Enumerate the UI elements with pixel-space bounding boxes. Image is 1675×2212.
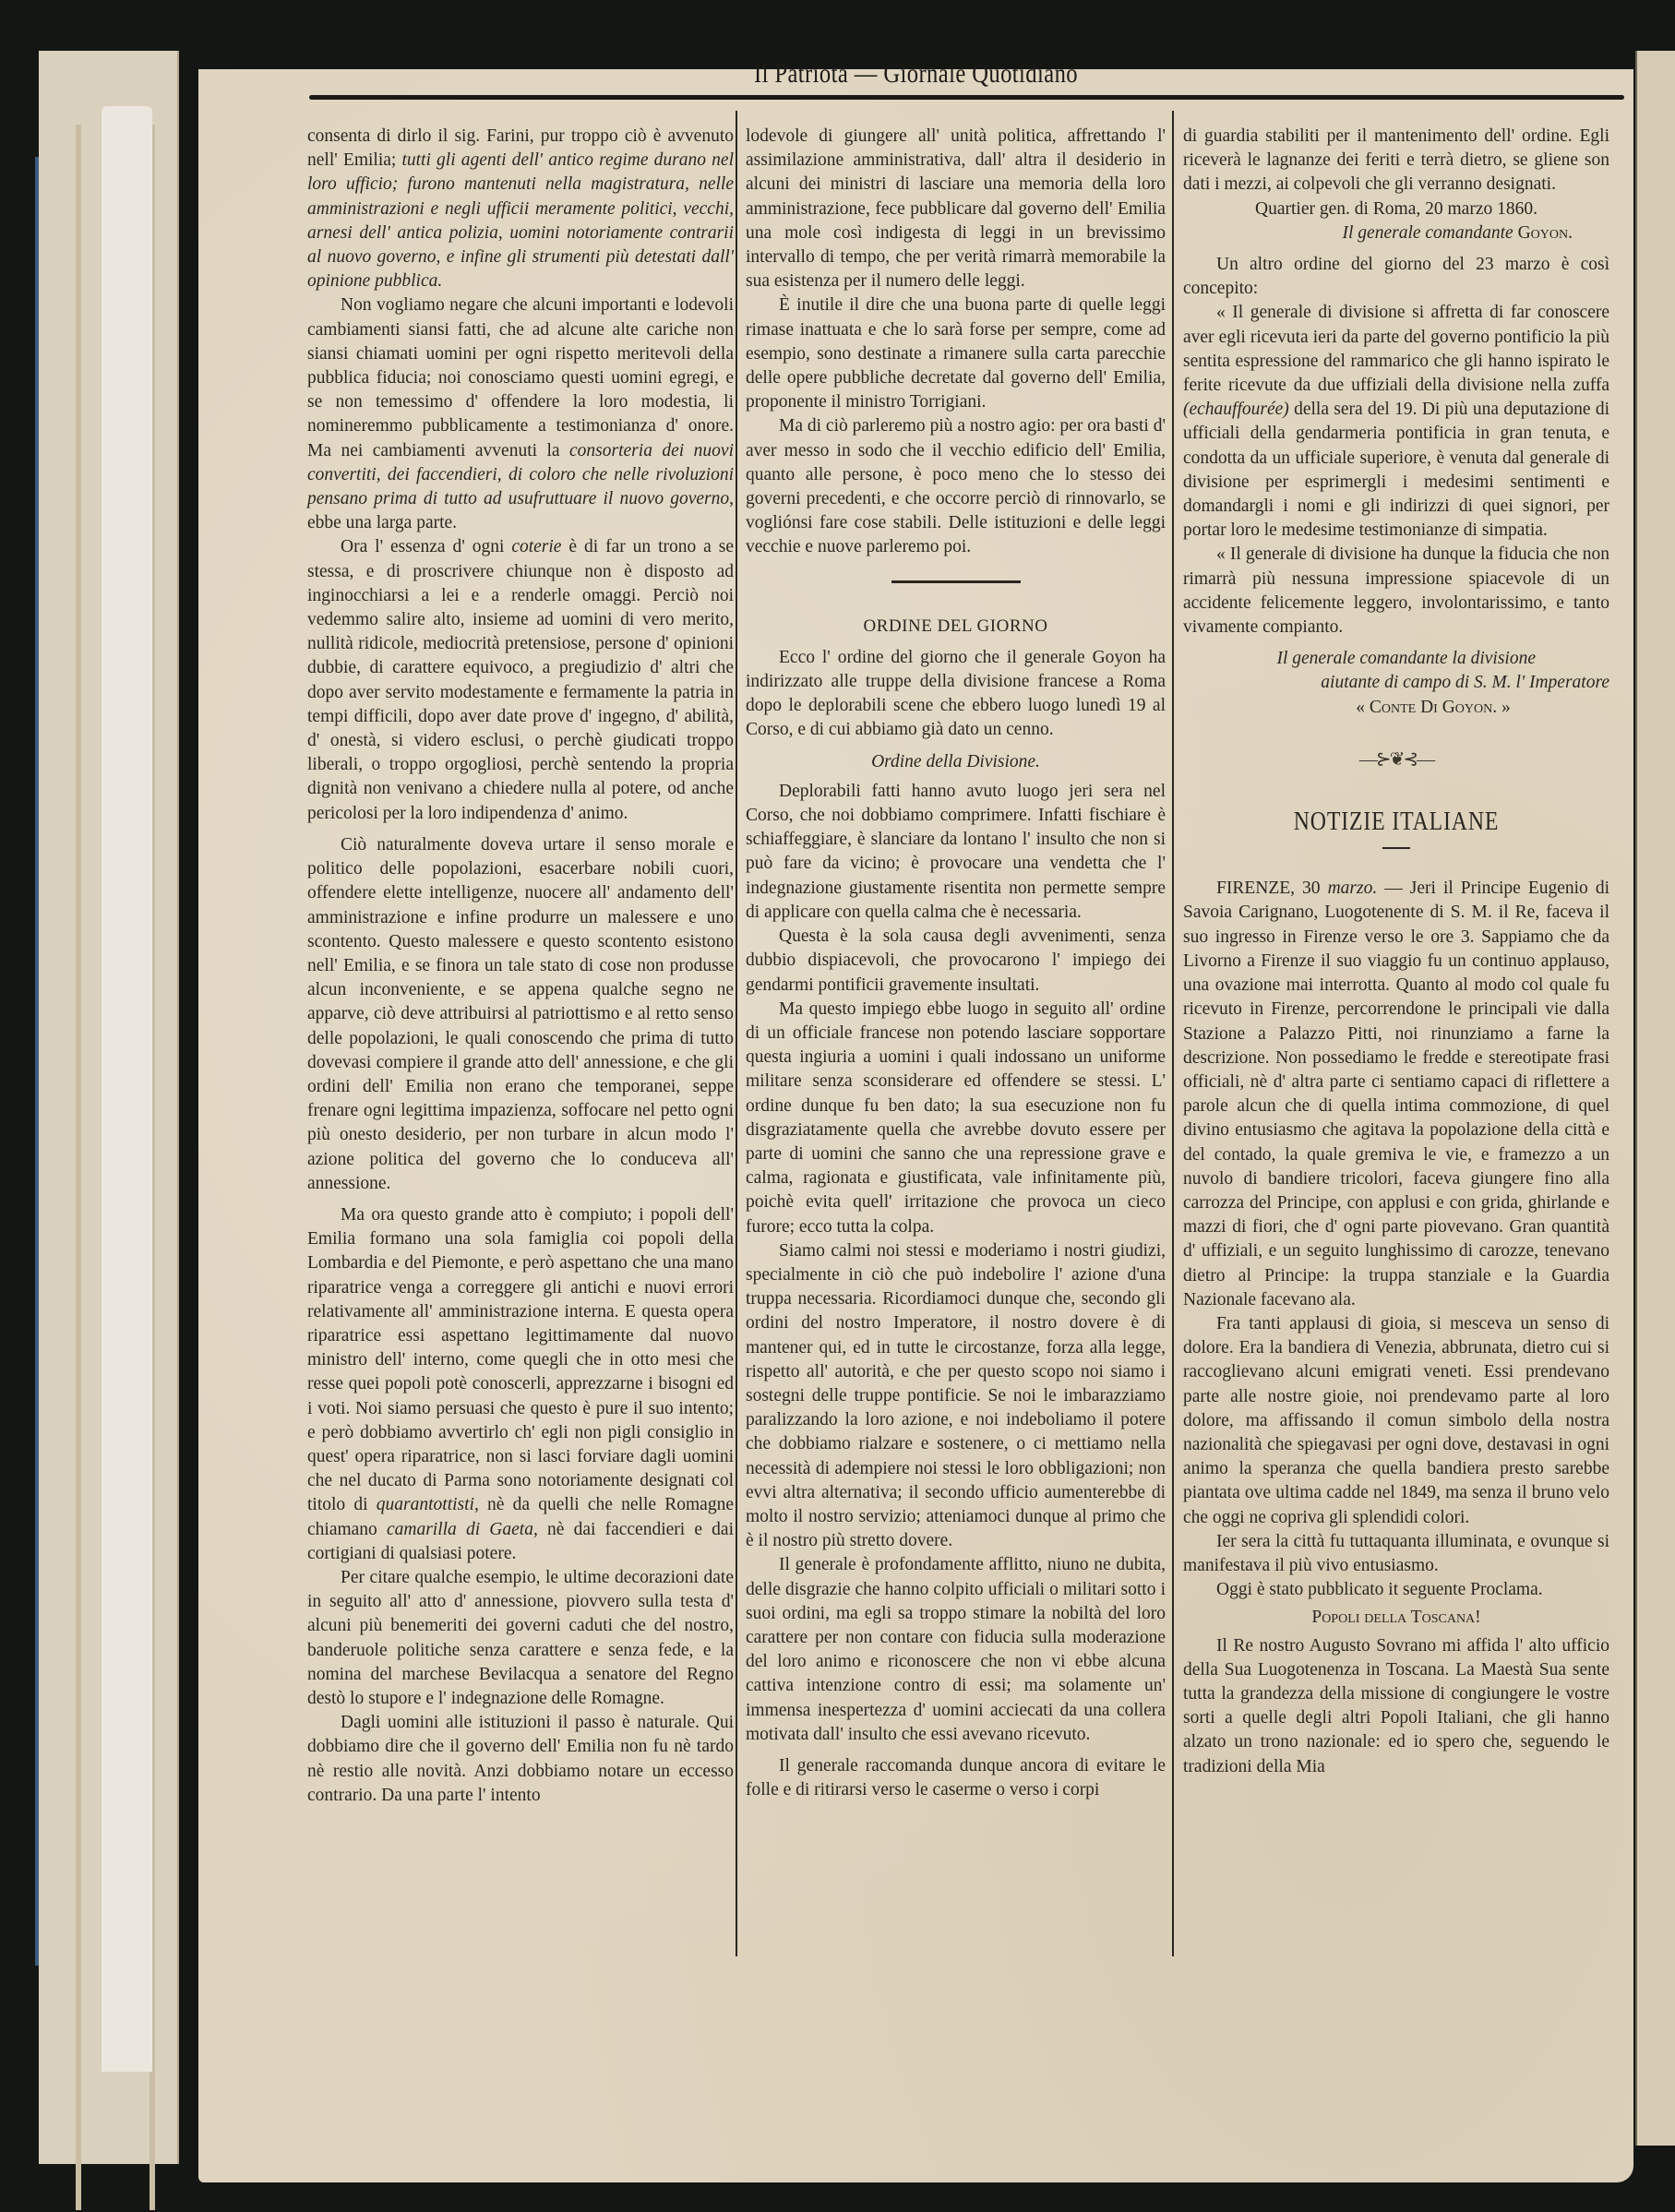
subheading: Ordine della Divisione.	[746, 750, 1166, 774]
paragraph: Fra tanti applausi di gioia, si mesceva …	[1183, 1312, 1609, 1530]
paragraph: Deplorabili fatti hanno avuto luogo jeri…	[746, 780, 1166, 925]
paragraph: Il generale è profondamente afflitto, ni…	[746, 1553, 1166, 1747]
paragraph: Ier sera la città fu tuttaquanta illumin…	[1183, 1530, 1609, 1578]
paragraph: Siamo calmi noi stessi e moderiamo i nos…	[746, 1239, 1166, 1554]
paragraph: Il Re nostro Augusto Sovrano mi affida l…	[1183, 1634, 1609, 1779]
signature-line: « Conte Di Goyon. »	[1183, 696, 1609, 720]
next-page-edge	[1635, 51, 1675, 2146]
column-2: lodevole di giungere all' unità politica…	[746, 125, 1166, 1802]
paragraph: FIRENZE, 30 marzo. — Jeri il Principe Eu…	[1183, 877, 1609, 1312]
column-divider	[736, 111, 737, 1956]
paper-tab	[102, 106, 152, 2072]
paragraph: lodevole di giungere all' unità politica…	[746, 125, 1166, 293]
signature-line: aiutante di campo di S. M. l' Imperatore	[1183, 671, 1609, 695]
paragraph: Ma ora questo grande atto è compiuto; i …	[307, 1203, 734, 1566]
paragraph: consenta di dirlo il sig. Farini, pur tr…	[307, 125, 734, 293]
paragraph: Ecco l' ordine del giorno che il general…	[746, 646, 1166, 743]
paragraph: Ciò naturalmente doveva urtare il senso …	[307, 833, 734, 1196]
paragraph: Un altro ordine del giorno del 23 marzo …	[1183, 253, 1609, 301]
paragraph: Ma questo impiego ebbe luogo in seguito …	[746, 998, 1166, 1239]
paragraph: Per citare qualche esempio, le ultime de…	[307, 1566, 734, 1711]
proclamation-heading: Popoli della Toscana!	[1183, 1606, 1609, 1630]
ornament-divider-icon: —⊱❦⊰—	[1183, 747, 1609, 771]
section-rule	[1382, 847, 1410, 849]
paragraph: Questa è la sola causa degli avvenimenti…	[746, 925, 1166, 998]
column-divider	[1172, 111, 1174, 1956]
newspaper-page: Il Patriota — Giornale Quotidiano consen…	[198, 69, 1633, 2182]
signature: Il generale comandante Goyon.	[1183, 221, 1609, 245]
paragraph: Dagli uomini alle istituzioni il passo è…	[307, 1711, 734, 1808]
signature-line: Il generale comandante la divisione	[1183, 647, 1609, 671]
column-3: di guardia stabiliti per il mantenimento…	[1183, 125, 1609, 1779]
paragraph: « Il generale di divisione ha dunque la …	[1183, 543, 1609, 640]
paragraph: È inutile il dire che una buona parte di…	[746, 293, 1166, 414]
masthead-title: Il Patriota — Giornale Quotidiano	[328, 51, 1504, 97]
paragraph: Oggi è stato pubblicato it seguente Proc…	[1183, 1578, 1609, 1602]
page-edge	[76, 125, 81, 2210]
paragraph: di guardia stabiliti per il mantenimento…	[1183, 125, 1609, 197]
paragraph: Ma di ciò parleremo più a nostro agio: p…	[746, 414, 1166, 559]
paragraph: Non vogliamo negare che alcuni important…	[307, 293, 734, 535]
dateline: Quartier gen. di Roma, 20 marzo 1860.	[1183, 197, 1609, 221]
section-heading-notizie-italiane: NOTIZIE ITALIANE	[1215, 810, 1578, 834]
section-heading-ordine-del-giorno: ORDINE DEL GIORNO	[746, 615, 1166, 639]
paragraph: « Il generale di divisione si affretta d…	[1183, 301, 1609, 543]
section-separator	[891, 580, 1021, 583]
paragraph: Ora l' essenza d' ogni coterie è di far …	[307, 535, 734, 825]
paragraph: Il generale raccomanda dunque ancora di …	[746, 1754, 1166, 1802]
masthead-rule	[309, 95, 1624, 100]
column-1: consenta di dirlo il sig. Farini, pur tr…	[307, 125, 734, 1808]
